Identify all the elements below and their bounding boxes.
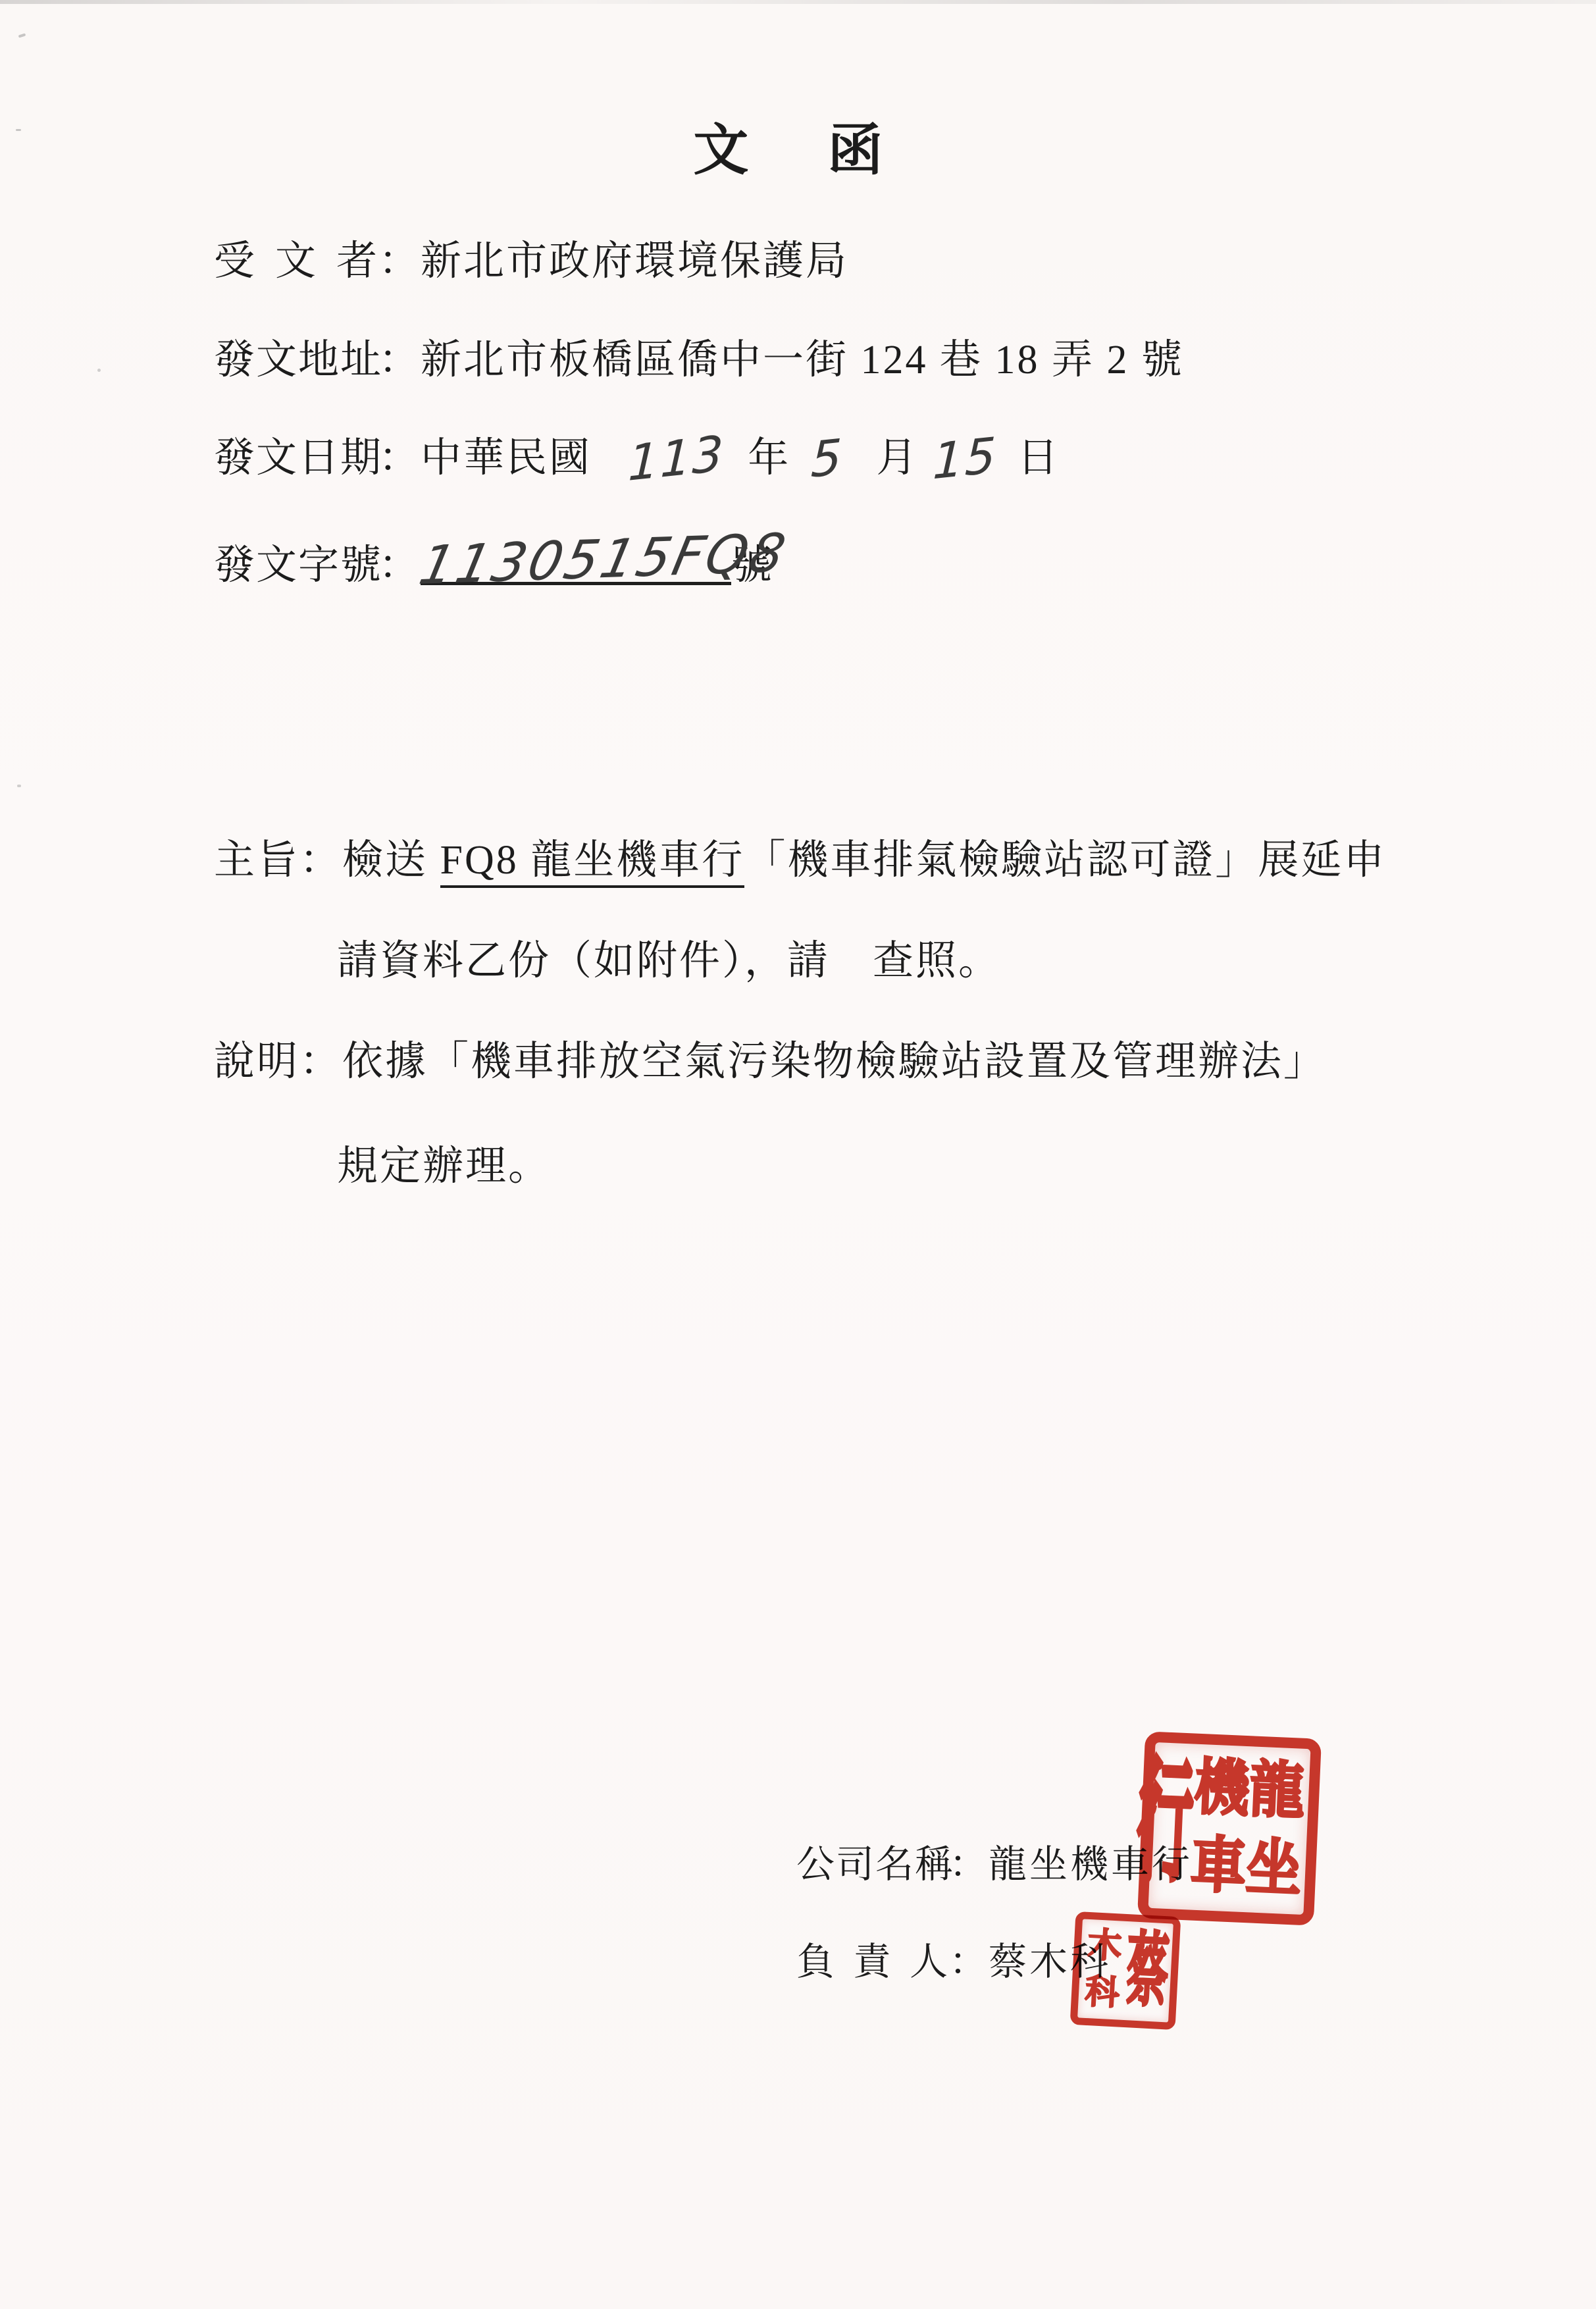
subject-colon: ： [299, 838, 342, 883]
field-address-label: 發文地址 [214, 337, 378, 384]
field-address-value: 新北市板橋區僑中一街 124 巷 18 弄 2 號 [421, 338, 1184, 382]
handwritten-year: 113 [627, 429, 725, 488]
field-recipient-label: 受文者 [214, 238, 378, 285]
explanation-text: 依據「機車排放空氣污染物檢驗站設置及管理辦法」 [342, 1039, 1326, 1084]
scan-speck [16, 129, 21, 131]
field-doc-number-colon: ： [378, 542, 421, 589]
personal-seal-stamp: 蔡 木 科 [1070, 1911, 1181, 2030]
day-unit: 日 [1017, 435, 1060, 482]
company-seal-column: 龍 坐 [1245, 1751, 1306, 1909]
month-unit: 月 [876, 435, 918, 482]
company-seal-column: 行 [1134, 1747, 1196, 1904]
subject-line-1: 主旨：檢送 FQ8 龍坐機車行「機車排氣檢驗站認可證」展延申 [214, 837, 1386, 884]
explanation-line-1: 說明：依據「機車排放空氣污染物檢驗站設置及管理辦法」 [214, 1039, 1326, 1085]
seal-char: 車 [1189, 1834, 1247, 1900]
document-title: 文 函 [693, 124, 894, 179]
field-address-colon: ： [378, 337, 421, 384]
field-date: 發文日期：中華民國113年5月15日 [214, 434, 1060, 483]
scanned-letter-page: 文 函 受文者：新北市政府環境保護局 發文地址：新北市板橋區僑中一街 124 巷… [0, 0, 1596, 2309]
subject-label: 主旨 [214, 838, 299, 883]
seal-char: 行 [1134, 1755, 1195, 1896]
company-name-label: 公司名稱 [796, 1843, 949, 1887]
handwritten-doc-number: 1130515FQ8 [415, 527, 792, 592]
seal-char: 龍 [1248, 1759, 1306, 1825]
scan-speck [18, 33, 26, 38]
subject-pre: 檢送 [342, 838, 440, 883]
field-address: 發文地址：新北市板橋區僑中一街 124 巷 18 弄 2 號 [214, 337, 1184, 384]
handwritten-day: 15 [932, 431, 998, 487]
seal-char: 科 [1079, 1975, 1125, 2011]
company-seal-stamp: 龍 坐 機 車 行 [1137, 1731, 1322, 1925]
subject-post: 「機車排氣檢驗站認可證」展延申 [744, 838, 1386, 883]
explanation-label: 說明 [214, 1039, 299, 1084]
owner-line: 負責人：蔡木科 [796, 1940, 1111, 1985]
field-date-label: 發文日期 [214, 435, 378, 482]
seal-char: 蔡 [1123, 1931, 1171, 2013]
company-name-line: 公司名稱：龍坐機車行 [796, 1843, 1193, 1887]
seal-char: 坐 [1245, 1836, 1302, 1903]
field-doc-number-label: 發文字號 [214, 542, 378, 589]
owner-label: 負責人 [796, 1940, 949, 1985]
explanation-colon: ： [299, 1039, 342, 1084]
scan-edge-artifact [0, 0, 1596, 4]
field-date-era: 中華民國 [421, 436, 592, 480]
doc-number-underline: 1130515FQ8 [421, 533, 731, 585]
personal-seal-column: 蔡 [1123, 1924, 1171, 2019]
handwritten-month: 5 [810, 432, 844, 485]
field-doc-number: 發文字號：1130515FQ8號 [214, 534, 773, 589]
seal-char: 機 [1193, 1756, 1250, 1823]
field-date-colon: ： [378, 435, 421, 482]
subject-underlined-station: FQ8 龍坐機車行 [440, 838, 745, 888]
scan-speck [17, 785, 21, 787]
year-unit: 年 [748, 435, 790, 482]
explanation-line-2: 規定辦理。 [337, 1143, 551, 1190]
seal-char: 木 [1082, 1928, 1128, 1964]
scan-speck [97, 369, 101, 372]
field-recipient-colon: ： [378, 238, 421, 285]
personal-seal-column: 木 科 [1079, 1922, 1127, 2017]
subject-line-2: 請資料乙份（如附件），請 查照。 [337, 938, 1001, 985]
company-name-colon: ： [949, 1843, 989, 1887]
owner-colon: ： [949, 1940, 989, 1985]
field-recipient-value: 新北市政府環境保護局 [421, 239, 848, 284]
company-seal-column: 機 車 [1189, 1750, 1251, 1907]
field-recipient: 受文者：新北市政府環境保護局 [214, 238, 848, 285]
